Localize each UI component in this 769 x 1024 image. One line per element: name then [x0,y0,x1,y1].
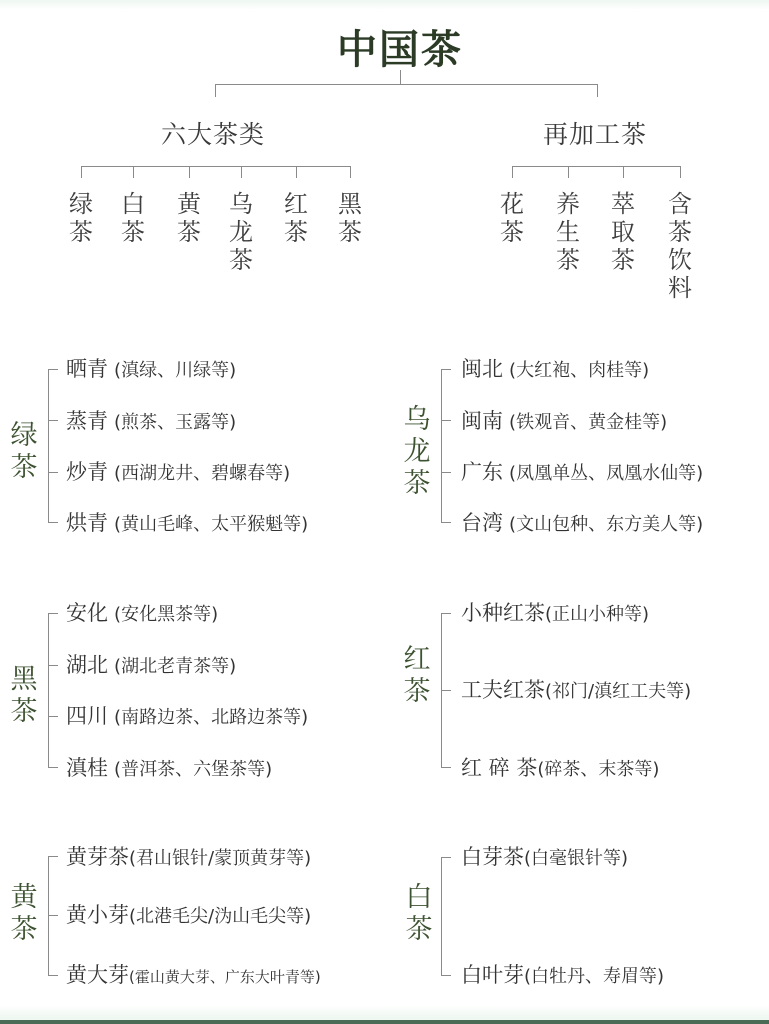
list-item: 蒸青 (煎茶、玉露等) [66,409,236,435]
bracket-tick [48,975,58,976]
bracket-tick [48,716,58,717]
connector-line [215,84,216,97]
connector-line [350,166,351,178]
bracket-tick [48,613,58,614]
list-item: 黄小芽(北港毛尖/沩山毛尖等) [66,903,311,929]
bracket-tick [48,420,58,421]
node-health-tea: 养生茶 [553,190,583,274]
bracket-tick [441,767,451,768]
diagram-title: 中国茶 [0,18,769,75]
list-item: 小种红茶(正山小种等) [461,601,649,627]
bracket-tick [441,472,451,473]
node-black-tea: 红茶 [281,190,311,246]
bracket-tick [48,767,58,768]
list-item: 工夫红茶(祁门/滇红工夫等) [461,678,691,704]
connector-line [81,166,82,178]
bracket-tick [441,690,451,691]
bracket-tick [48,915,58,916]
bracket-tick [441,420,451,421]
connector-line [133,166,134,178]
node-yellow-tea: 黄茶 [174,190,204,246]
node-dark-tea: 黑茶 [335,190,365,246]
connector-line [512,166,513,178]
bracket-tick [48,665,58,666]
bracket-tick [441,613,451,614]
branch-title-reprocessed: 再加工茶 [505,115,685,151]
connector-line [400,70,401,84]
connector-line [296,166,297,178]
connector-line [680,166,681,178]
list-item: 广东 (凤凰单丛、凤凰水仙等) [461,460,703,486]
bracket-line [441,369,442,523]
bracket-tick [48,369,58,370]
list-item: 安化 (安化黑茶等) [66,601,218,627]
branch-title-six-major: 六大茶类 [123,115,303,151]
node-green-tea: 绿茶 [66,190,96,246]
bracket-line [48,613,49,768]
bracket-tick [48,522,58,523]
bracket-line [48,369,49,523]
list-item: 红 碎 茶(碎茶、末茶等) [461,756,659,782]
bracket-tick [441,857,451,858]
list-item: 晒青 (滇绿、川绿等) [66,357,236,383]
connector-line [512,166,681,167]
list-item: 白芽茶(白毫银针等) [461,845,628,871]
bracket-tick [48,472,58,473]
group-label-black: 红茶 [401,644,433,708]
group-label-green: 绿茶 [8,420,40,484]
list-item: 烘青 (黄山毛峰、太平猴魁等) [66,511,308,537]
list-item: 四川 (南路边茶、北路边茶等) [66,704,308,730]
node-white-tea: 白茶 [118,190,148,246]
connector-line [597,84,598,97]
list-item: 白叶芽(白牡丹、寿眉等) [461,963,664,989]
node-flower-tea: 花茶 [497,190,527,246]
group-label-white: 白茶 [403,882,435,946]
connector-line [81,166,351,167]
list-item: 台湾 (文山包种、东方美人等) [461,511,703,537]
list-item: 黄芽茶(君山银针/蒙顶黄芽等) [66,845,311,871]
list-item: 炒青 (西湖龙井、碧螺春等) [66,460,290,486]
list-item: 滇桂 (普洱茶、六堡茶等) [66,756,272,782]
connector-line [241,166,242,178]
list-item: 闽北 (大红袍、肉桂等) [461,357,649,383]
bottom-bar [0,1020,769,1024]
list-item: 湖北 (湖北老青茶等) [66,653,236,679]
bracket-line [48,856,49,976]
connector-line [568,166,569,178]
connector-line [215,84,598,85]
list-item: 黄大芽(霍山黄大芽、广东大叶青等) [66,963,321,989]
bracket-tick [48,856,58,857]
group-label-oolong: 乌龙茶 [401,404,433,500]
node-tea-beverage: 含茶饮料 [665,190,695,302]
connector-line [623,166,624,178]
connector-line [189,166,190,178]
bracket-tick [441,975,451,976]
list-item: 闽南 (铁观音、黄金桂等) [461,409,667,435]
bracket-tick [441,522,451,523]
group-label-dark: 黑茶 [8,664,40,728]
bracket-tick [441,369,451,370]
node-oolong-tea: 乌龙茶 [226,190,256,274]
bracket-line [441,857,442,976]
group-label-yellow: 黄茶 [8,882,40,946]
node-extracted-tea: 萃取茶 [608,190,638,274]
